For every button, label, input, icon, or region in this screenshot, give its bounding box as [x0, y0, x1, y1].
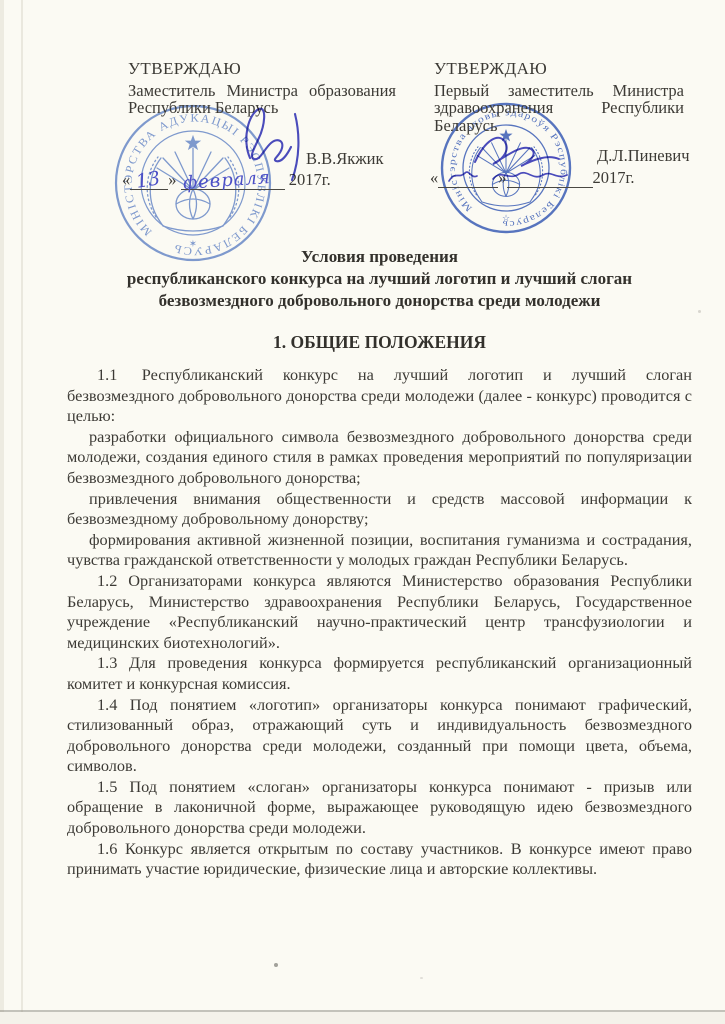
section-heading: 1. ОБЩИЕ ПОЛОЖЕНИЯ: [67, 332, 692, 353]
handwritten-day: 13: [135, 167, 162, 193]
paragraph-1-5: 1.5 Под понятием «слоган» организаторы к…: [67, 777, 692, 839]
paragraph-goal-3: формирования активной жизненной позиции,…: [67, 530, 692, 571]
paragraph-1-2: 1.2 Организаторами конкурса являются Мин…: [67, 571, 692, 653]
signatory-name: Д.Л.Пиневич: [597, 146, 690, 166]
title-line-1: Условия проведения: [67, 246, 692, 268]
date-year: 2017г.: [593, 168, 635, 187]
date-day-blank: 13: [130, 172, 168, 190]
document-body: 1.1 Республиканский конкурс на лучший ло…: [67, 365, 692, 880]
title-line-3: безвозмездного добровольного донорства с…: [67, 290, 692, 312]
signature-scribble-left: [228, 100, 328, 188]
date-open-quote: «: [430, 168, 438, 187]
title-line-2: республиканского конкурса на лучший лого…: [67, 268, 692, 290]
date-close-quote: »: [168, 170, 176, 189]
scan-speck: [274, 963, 278, 967]
approve-heading: УТВЕРЖДАЮ: [128, 60, 396, 78]
paragraph-goal-2: привлечения внимания общественности и ср…: [67, 489, 692, 530]
scan-crease-line: [21, 0, 23, 1024]
document-title: Условия проведения республиканского конк…: [67, 246, 692, 312]
scan-left-edge: [0, 0, 4, 1024]
paragraph-1-3: 1.3 Для проведения конкурса формируется …: [67, 653, 692, 694]
date-open-quote: «: [122, 170, 130, 189]
paragraph-1-6: 1.6 Конкурс является открытым по составу…: [67, 839, 692, 880]
stamp-star-glyph: ☆: [502, 213, 510, 223]
handwritten-date-scribble: [441, 165, 591, 189]
paragraph-goal-1: разработки официального символа безвозме…: [67, 427, 692, 489]
paragraph-1-4: 1.4 Под понятием «логотип» организаторы …: [67, 695, 692, 777]
scan-bottom-strip: [0, 1012, 725, 1024]
scan-speck: [698, 310, 701, 313]
scanned-document-page: { "page": { "background": "#fbfaf3", "in…: [0, 0, 725, 1024]
scan-speck: [420, 977, 423, 979]
paragraph-1-1: 1.1 Республиканский конкурс на лучший ло…: [67, 365, 692, 427]
approve-heading: УТВЕРЖДАЮ: [434, 60, 684, 78]
